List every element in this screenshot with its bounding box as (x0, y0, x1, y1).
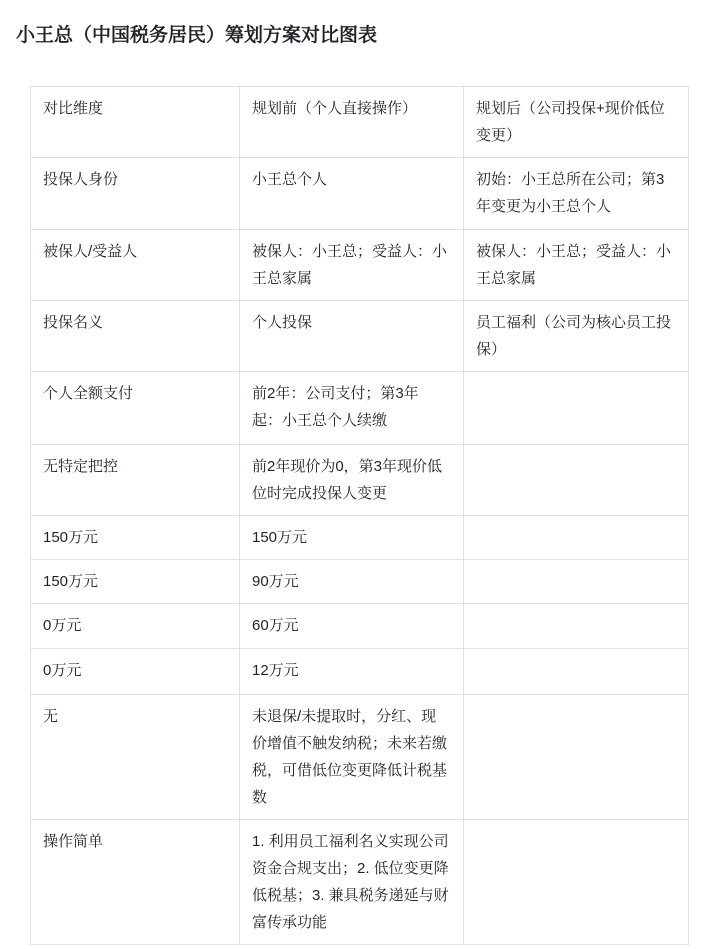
table-cell (464, 820, 689, 945)
table-cell: 小王总个人 (240, 158, 464, 230)
table-cell (464, 649, 689, 695)
table-cell: 前2年现价为0，第3年现价低位时完成投保人变更 (240, 445, 464, 516)
table-cell: 被保人：小王总；受益人：小王总家属 (240, 230, 464, 301)
comparison-table: 对比维度 规划前（个人直接操作） 规划后（公司投保+现价低位变更） 投保人身份 … (30, 86, 689, 945)
table-cell: 1. 利用员工福利名义实现公司资金合规支出；2. 低位变更降低税基；3. 兼具税… (240, 820, 464, 945)
table-row: 无特定把控 前2年现价为0，第3年现价低位时完成投保人变更 (31, 445, 689, 516)
table-cell: 员工福利（公司为核心员工投保） (464, 301, 689, 372)
table-row: 被保人/受益人 被保人：小王总；受益人：小王总家属 被保人：小王总；受益人：小王… (31, 230, 689, 301)
table-cell: 0万元 (31, 649, 240, 695)
table-row: 0万元 60万元 (31, 604, 689, 649)
table-row: 150万元 150万元 (31, 516, 689, 560)
table-cell: 90万元 (240, 560, 464, 604)
table-cell: 投保名义 (31, 301, 240, 372)
table-cell (464, 560, 689, 604)
page-title: 小王总（中国税务居民）筹划方案对比图表 (16, 22, 702, 49)
document-page: 小王总（中国税务居民）筹划方案对比图表 对比维度 规划前（个人直接操作） 规划后… (0, 0, 702, 949)
table-cell: 被保人/受益人 (31, 230, 240, 301)
table-cell (464, 604, 689, 649)
table-cell (464, 445, 689, 516)
table-cell: 150万元 (240, 516, 464, 560)
table-header-row: 对比维度 规划前（个人直接操作） 规划后（公司投保+现价低位变更） (31, 87, 689, 158)
table-row: 投保名义 个人投保 员工福利（公司为核心员工投保） (31, 301, 689, 372)
table-cell (464, 695, 689, 820)
table-cell: 150万元 (31, 516, 240, 560)
table-row: 0万元 12万元 (31, 649, 689, 695)
table-row: 150万元 90万元 (31, 560, 689, 604)
table-cell: 个人全额支付 (31, 372, 240, 445)
table-cell (464, 516, 689, 560)
table-cell: 投保人身份 (31, 158, 240, 230)
table-row: 操作简单 1. 利用员工福利名义实现公司资金合规支出；2. 低位变更降低税基；3… (31, 820, 689, 945)
table-cell: 60万元 (240, 604, 464, 649)
column-header-before: 规划前（个人直接操作） (240, 87, 464, 158)
table-cell: 前2年：公司支付；第3年 起：小王总个人续缴 (240, 372, 464, 445)
table-cell (464, 372, 689, 445)
table-row: 投保人身份 小王总个人 初始：小王总所在公司；第3年变更为小王总个人 (31, 158, 689, 230)
table-cell: 12万元 (240, 649, 464, 695)
table-cell: 无特定把控 (31, 445, 240, 516)
table-cell: 150万元 (31, 560, 240, 604)
table-cell: 0万元 (31, 604, 240, 649)
column-header-dimension: 对比维度 (31, 87, 240, 158)
table-cell: 无 (31, 695, 240, 820)
table-cell: 未退保/未提取时，分红、现价增值不触发纳税；未来若缴税，可借低位变更降低计税基数 (240, 695, 464, 820)
column-header-after: 规划后（公司投保+现价低位变更） (464, 87, 689, 158)
table-cell: 操作简单 (31, 820, 240, 945)
table-row: 个人全额支付 前2年：公司支付；第3年 起：小王总个人续缴 (31, 372, 689, 445)
table-row: 无 未退保/未提取时，分红、现价增值不触发纳税；未来若缴税，可借低位变更降低计税… (31, 695, 689, 820)
table-cell: 被保人：小王总；受益人：小王总家属 (464, 230, 689, 301)
table-cell: 个人投保 (240, 301, 464, 372)
table-cell: 初始：小王总所在公司；第3年变更为小王总个人 (464, 158, 689, 230)
